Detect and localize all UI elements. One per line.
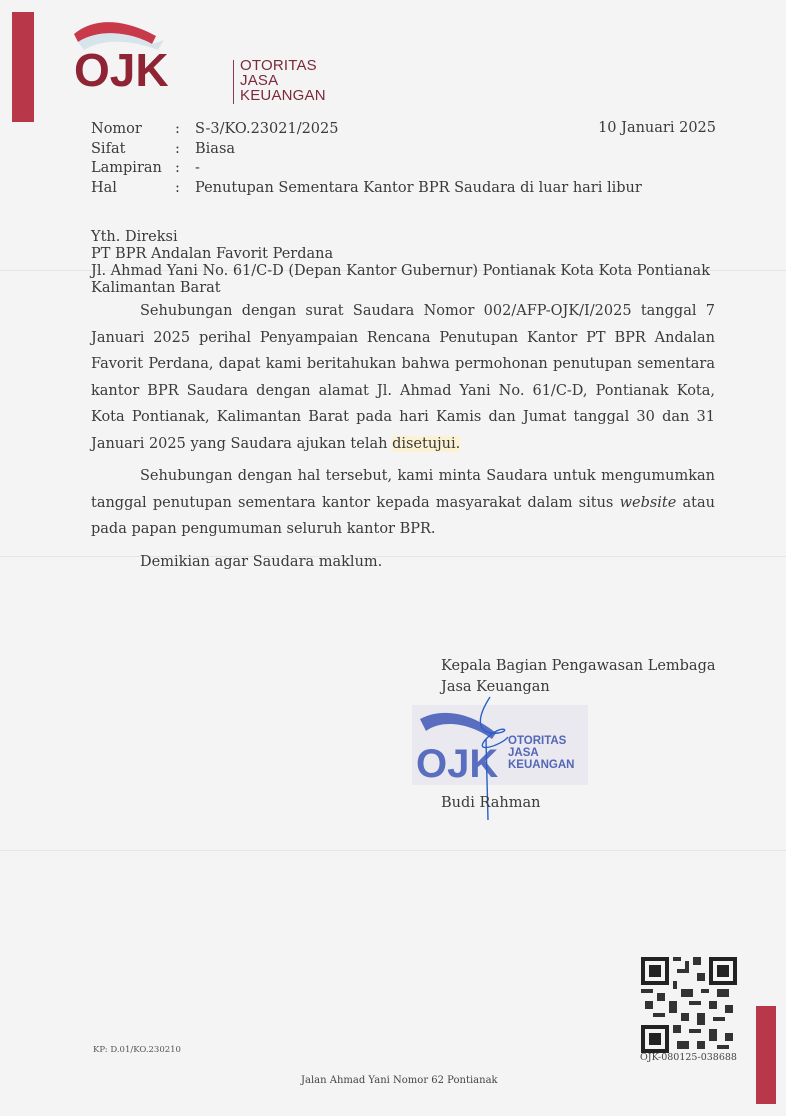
footer-address: Jalan Ahmad Yani Nomor 62 Pontianak <box>301 1075 498 1086</box>
qr-code-id: OJK-080125-038688 <box>640 1052 737 1063</box>
letter-number: S-3/KO.23021/2025 <box>195 120 338 140</box>
ojk-stamp: OJK OTORITAS JASA KEUANGAN <box>412 705 588 785</box>
decorative-bar-left <box>12 12 34 122</box>
meta-row-lampiran: Lampiran : - <box>91 159 642 179</box>
meta-row-sifat: Sifat : Biasa <box>91 140 642 160</box>
paper-fold <box>0 850 786 851</box>
letter-subject: Penutupan Sementara Kantor BPR Saudara d… <box>195 179 642 199</box>
qr-code-icon <box>641 957 737 1053</box>
logo-divider <box>233 60 234 104</box>
logo-text: OTORITAS JASA KEUANGAN <box>240 58 326 103</box>
addressee-block: Yth. Direksi PT BPR Andalan Favorit Perd… <box>91 229 710 297</box>
paragraph-2: Sehubungan dengan hal tersebut, kami min… <box>91 463 715 543</box>
ojk-flag-icon: OJK <box>66 16 236 96</box>
highlighted-text: disetujui. <box>392 436 460 452</box>
letter-body: Sehubungan dengan surat Saudara Nomor 00… <box>91 298 715 575</box>
meta-row-nomor: Nomor : S-3/KO.23021/2025 <box>91 120 642 140</box>
meta-row-hal: Hal : Penutupan Sementara Kantor BPR Sau… <box>91 179 642 199</box>
signatory-title: Kepala Bagian Pengawasan Lembaga Jasa Ke… <box>441 656 716 698</box>
paragraph-3: Demikian agar Saudara maklum. <box>91 549 715 576</box>
kp-code: KP: D.01/KO.230210 <box>93 1045 181 1055</box>
decorative-bar-right <box>756 1006 776 1104</box>
ojk-logo: OJK OTORITAS JASA KEUANGAN <box>66 16 266 96</box>
letter-date: 10 Januari 2025 <box>598 120 716 136</box>
letter-meta: Nomor : S-3/KO.23021/2025 Sifat : Biasa … <box>91 120 642 198</box>
signer-name: Budi Rahman <box>441 795 541 811</box>
paragraph-1: Sehubungan dengan surat Saudara Nomor 00… <box>91 298 715 457</box>
logo-mark: OJK <box>74 44 169 96</box>
